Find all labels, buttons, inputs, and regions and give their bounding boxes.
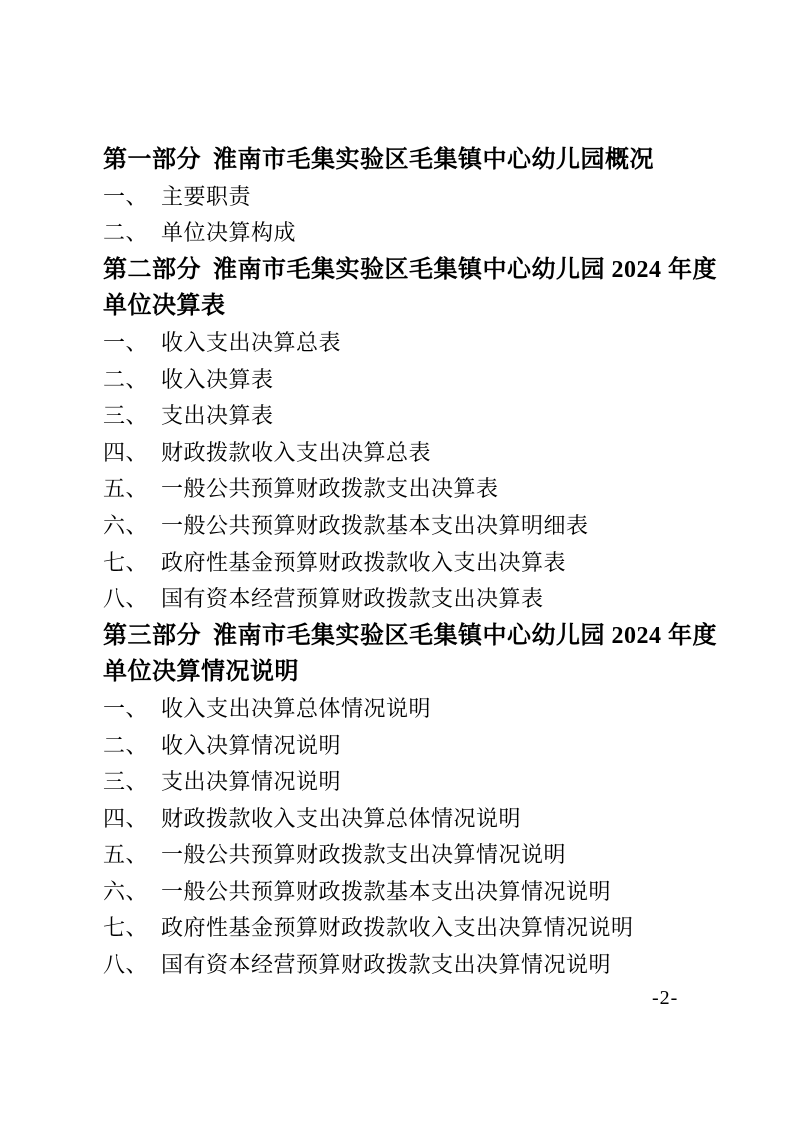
item-number: 一、 <box>103 696 148 721</box>
part-label: 第一部分 <box>103 147 201 173</box>
item-number: 五、 <box>103 842 148 867</box>
toc-item: 八、国有资本经营预算财政拨款支出决算表 <box>103 581 721 618</box>
item-label: 国有资本经营预算财政拨款支出决算表 <box>161 586 544 611</box>
item-number: 一、 <box>103 184 148 209</box>
item-label: 收入决算表 <box>161 367 274 392</box>
part-label: 第二部分 <box>103 257 201 283</box>
part-title: 淮南市毛集实验区毛集镇中心幼儿园概况 <box>213 147 654 173</box>
item-number: 七、 <box>103 550 148 575</box>
item-label: 收入决算情况说明 <box>161 733 341 758</box>
item-number: 八、 <box>103 952 148 977</box>
item-label: 收入支出决算总表 <box>161 330 341 355</box>
toc-item: 三、支出决算表 <box>103 398 721 435</box>
item-number: 三、 <box>103 769 148 794</box>
item-number: 五、 <box>103 476 148 501</box>
part-label: 第三部分 <box>103 623 201 649</box>
item-number: 二、 <box>103 220 148 245</box>
item-label: 财政拨款收入支出决算总表 <box>161 440 431 465</box>
section-3-heading: 第三部分淮南市毛集实验区毛集镇中心幼儿园 2024 年度单位决算情况说明 <box>103 618 721 691</box>
item-label: 一般公共预算财政拨款支出决算情况说明 <box>161 842 566 867</box>
toc-item: 八、国有资本经营预算财政拨款支出决算情况说明 <box>103 947 721 984</box>
item-number: 一、 <box>103 330 148 355</box>
toc-item: 二、收入决算情况说明 <box>103 728 721 765</box>
item-number: 二、 <box>103 733 148 758</box>
toc-item: 七、政府性基金预算财政拨款收入支出决算情况说明 <box>103 910 721 947</box>
item-number: 六、 <box>103 879 148 904</box>
toc-item: 七、政府性基金预算财政拨款收入支出决算表 <box>103 545 721 582</box>
item-label: 一般公共预算财政拨款支出决算表 <box>161 476 499 501</box>
item-label: 收入支出决算总体情况说明 <box>161 696 431 721</box>
toc-item: 三、支出决算情况说明 <box>103 764 721 801</box>
item-label: 一般公共预算财政拨款基本支出决算明细表 <box>161 513 589 538</box>
toc-item: 五、一般公共预算财政拨款支出决算情况说明 <box>103 837 721 874</box>
document-page: 第一部分淮南市毛集实验区毛集镇中心幼儿园概况 一、主要职责 二、单位决算构成 第… <box>0 0 793 1122</box>
item-label: 财政拨款收入支出决算总体情况说明 <box>161 806 521 831</box>
item-number: 六、 <box>103 513 148 538</box>
toc-item: 四、财政拨款收入支出决算总表 <box>103 435 721 472</box>
toc-item: 四、财政拨款收入支出决算总体情况说明 <box>103 801 721 838</box>
toc-item: 一、收入支出决算总表 <box>103 325 721 362</box>
item-label: 政府性基金预算财政拨款收入支出决算情况说明 <box>161 915 634 940</box>
item-number: 七、 <box>103 915 148 940</box>
item-label: 政府性基金预算财政拨款收入支出决算表 <box>161 550 566 575</box>
section-1-heading: 第一部分淮南市毛集实验区毛集镇中心幼儿园概况 <box>103 142 721 179</box>
page-number: -2- <box>652 984 678 1012</box>
toc-item: 六、一般公共预算财政拨款基本支出决算情况说明 <box>103 874 721 911</box>
item-label: 单位决算构成 <box>161 220 296 245</box>
item-number: 八、 <box>103 586 148 611</box>
table-of-contents: 第一部分淮南市毛集实验区毛集镇中心幼儿园概况 一、主要职责 二、单位决算构成 第… <box>103 142 721 984</box>
item-label: 支出决算情况说明 <box>161 769 341 794</box>
item-number: 四、 <box>103 440 148 465</box>
toc-item: 六、一般公共预算财政拨款基本支出决算明细表 <box>103 508 721 545</box>
item-label: 主要职责 <box>161 184 251 209</box>
section-2-heading: 第二部分淮南市毛集实验区毛集镇中心幼儿园 2024 年度单位决算表 <box>103 252 721 325</box>
item-number: 四、 <box>103 806 148 831</box>
item-label: 支出决算表 <box>161 403 274 428</box>
toc-item: 二、收入决算表 <box>103 362 721 399</box>
toc-item: 二、单位决算构成 <box>103 215 721 252</box>
toc-item: 一、收入支出决算总体情况说明 <box>103 691 721 728</box>
toc-item: 一、主要职责 <box>103 179 721 216</box>
item-number: 三、 <box>103 403 148 428</box>
toc-item: 五、一般公共预算财政拨款支出决算表 <box>103 471 721 508</box>
item-label: 国有资本经营预算财政拨款支出决算情况说明 <box>161 952 611 977</box>
item-number: 二、 <box>103 367 148 392</box>
item-label: 一般公共预算财政拨款基本支出决算情况说明 <box>161 879 611 904</box>
